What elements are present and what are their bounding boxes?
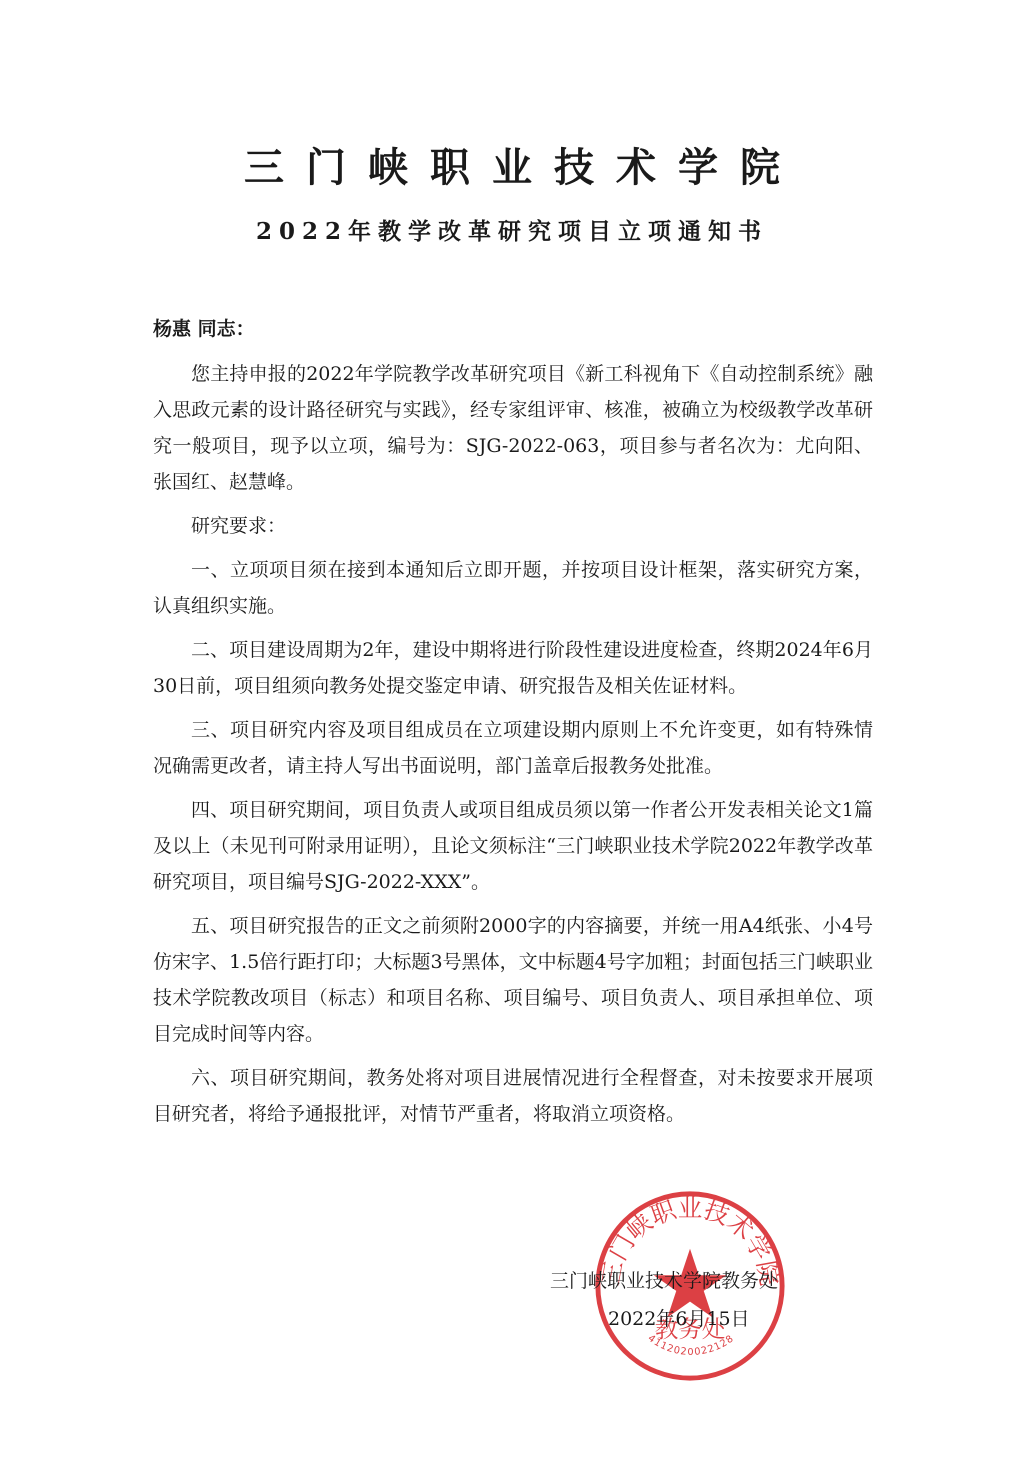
paragraph-requirement-2: 二、项目建设周期为2年，建设中期将进行阶段性建设进度检查，终期2024年6月30… <box>153 632 873 704</box>
paragraph-requirement-1: 一、立项项目须在接到本通知后立即开题，并按项目设计框架，落实研究方案，认真组织实… <box>153 552 873 624</box>
paragraph-requirements-heading: 研究要求： <box>153 508 873 544</box>
paragraph-requirement-3: 三、项目研究内容及项目组成员在立项建设期内原则上不允许变更，如有特殊情况确需更改… <box>153 712 873 784</box>
notice-body: 您主持申报的2022年学院教学改革研究项目《新工科视角下《自动控制系统》融入思政… <box>153 356 873 1140</box>
issuer-name: 三门峡职业技术学院教务处 <box>550 1262 778 1300</box>
paragraph-requirement-4: 四、项目研究期间，项目负责人或项目组成员须以第一作者公开发表相关论文1篇及以上（… <box>153 792 873 900</box>
paragraph-requirement-5: 五、项目研究报告的正文之前须附2000字的内容摘要，并统一用A4纸张、小4号仿宋… <box>153 908 873 1052</box>
issue-date: 2022年6月15日 <box>550 1300 778 1338</box>
paragraph-requirement-6: 六、项目研究期间，教务处将对项目进展情况进行全程督查，对未按要求开展项目研究者，… <box>153 1060 873 1132</box>
salutation: 杨惠 同志： <box>153 314 255 341</box>
paragraph-project-approval: 您主持申报的2022年学院教学改革研究项目《新工科视角下《自动控制系统》融入思政… <box>153 356 873 500</box>
notice-page: 三门峡职业技术学院 2022年教学改革研究项目立项通知书 杨惠 同志： 您主持申… <box>0 0 1024 1460</box>
institution-title: 三门峡职业技术学院 <box>0 136 1024 193</box>
notice-title: 2022年教学改革研究项目立项通知书 <box>0 213 1024 246</box>
signature-block: 三门峡职业技术学院教务处 2022年6月15日 <box>550 1262 778 1338</box>
